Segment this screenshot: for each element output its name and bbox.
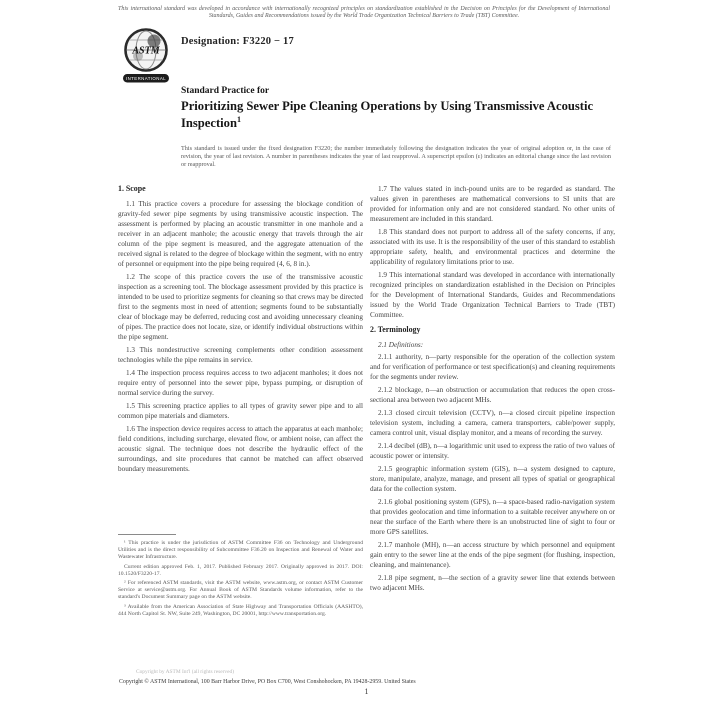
footnote-block: ¹ This practice is under the jurisdictio…	[118, 534, 363, 620]
title-block: Standard Practice for Prioritizing Sewer…	[181, 86, 611, 130]
definition-2-1-8: 2.1.8 pipe segment, n—the section of a g…	[370, 573, 615, 593]
paragraph-1-3: 1.3 This nondestructive screening comple…	[118, 345, 363, 365]
footnote-2: ² For referenced ASTM standards, visit t…	[118, 580, 363, 601]
paragraph-1-1: 1.1 This practice covers a procedure for…	[118, 199, 363, 269]
paragraph-1-4: 1.4 The inspection process requires acce…	[118, 368, 363, 398]
footnote-edition: Current edition approved Feb. 1, 2017. P…	[118, 564, 363, 578]
title-kicker: Standard Practice for	[181, 86, 611, 97]
definition-2-1-1: 2.1.1 authority, n—party responsible for…	[370, 352, 615, 382]
footnote-3: ³ Available from the American Associatio…	[118, 604, 363, 618]
paragraph-1-2: 1.2 The scope of this practice covers th…	[118, 272, 363, 342]
paragraph-1-7: 1.7 The values stated in inch-pound unit…	[370, 184, 615, 224]
definitions-label: 2.1 Definitions:	[370, 340, 615, 350]
left-column: 1. Scope 1.1 This practice covers a proc…	[118, 184, 363, 477]
definition-2-1-3: 2.1.3 closed circuit television (CCTV), …	[370, 408, 615, 438]
wto-tbt-note: This international standard was develope…	[118, 6, 610, 20]
definition-2-1-6: 2.1.6 global positioning system (GPS), n…	[370, 497, 615, 537]
paragraph-1-8: 1.8 This standard does not purport to ad…	[370, 227, 615, 267]
copyright-line: Copyright © ASTM International, 100 Barr…	[119, 679, 416, 685]
definition-2-1-5: 2.1.5 geographic information system (GIS…	[370, 464, 615, 494]
issuance-note: This standard is issued under the fixed …	[181, 145, 611, 169]
section-heading-scope: 1. Scope	[118, 184, 363, 193]
right-column: 1.7 The values stated in inch-pound unit…	[370, 184, 615, 596]
footnote-1: ¹ This practice is under the jurisdictio…	[118, 540, 363, 561]
definition-2-1-2: 2.1.2 blockage, n—an obstruction or accu…	[370, 385, 615, 405]
definition-2-1-7: 2.1.7 manhole (MH), n—an access structur…	[370, 540, 615, 570]
title-footnote-ref: 1	[237, 115, 241, 124]
definition-2-1-4: 2.1.4 decibel (dB), n—a logarithmic unit…	[370, 441, 615, 461]
svg-text:ASTM: ASTM	[131, 46, 160, 57]
astm-logo: ASTM INTERNATIONAL	[120, 26, 172, 84]
section-heading-terminology: 2. Terminology	[370, 325, 615, 334]
designation-line: Designation: F3220 − 17	[181, 36, 294, 47]
astm-standard-page: This international standard was develope…	[0, 0, 722, 722]
page-number: 1	[118, 687, 615, 696]
footnote-divider	[118, 534, 176, 535]
footer-stamp-line: Copyright by ASTM Int'l (all rights rese…	[136, 669, 436, 675]
logo-banner-label: INTERNATIONAL	[126, 76, 166, 81]
document-title: Prioritizing Sewer Pipe Cleaning Operati…	[181, 99, 611, 130]
astm-globe-icon: ASTM INTERNATIONAL	[120, 26, 172, 84]
paragraph-1-5: 1.5 This screening practice applies to a…	[118, 401, 363, 421]
paragraph-1-9: 1.9 This international standard was deve…	[370, 270, 615, 320]
paragraph-1-6: 1.6 The inspection device requires acces…	[118, 424, 363, 474]
